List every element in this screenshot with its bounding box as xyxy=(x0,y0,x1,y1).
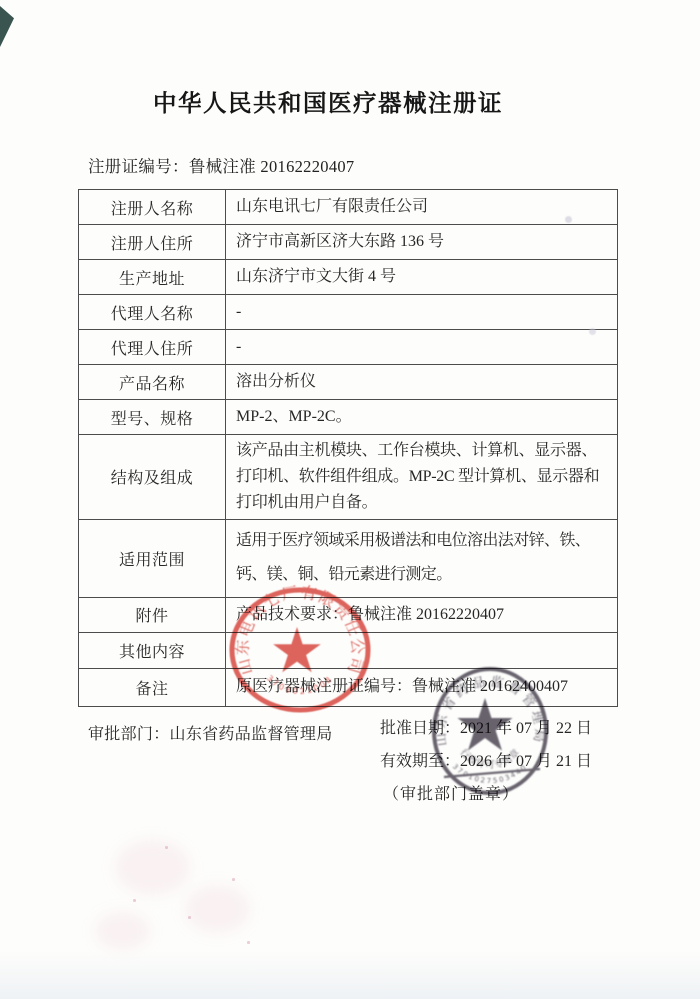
row-label: 附件 xyxy=(79,597,226,632)
row-label: 适用范围 xyxy=(79,519,226,597)
row-value: MP-2、MP-2C。 xyxy=(226,400,618,435)
row-label: 其他内容 xyxy=(79,632,226,668)
row-value: 溶出分析仪 xyxy=(226,365,618,400)
row-value: - xyxy=(226,330,618,365)
row-value: - xyxy=(226,295,618,330)
scan-corner-mark xyxy=(0,6,14,47)
ink-speck xyxy=(133,899,136,902)
certificate-page: 中华人民共和国医疗器械注册证 注册证编号：鲁械注准 20162220407 注册… xyxy=(0,0,700,999)
ink-smudge xyxy=(95,912,150,950)
ink-speck xyxy=(247,941,250,944)
table-row: 代理人名称 - xyxy=(79,295,618,330)
table-row: 型号、规格 MP-2、MP-2C。 xyxy=(79,400,618,435)
scan-dot xyxy=(565,216,572,223)
table-row: 产品名称 溶出分析仪 xyxy=(79,365,618,400)
row-label: 备注 xyxy=(79,668,226,706)
ink-speck xyxy=(232,878,235,881)
row-label: 注册人住所 xyxy=(79,225,226,260)
table-row: 结构及组成 该产品由主机模块、工作台模块、计算机、显示器、打印机、软件组件组成。… xyxy=(79,435,618,520)
ink-smudge xyxy=(185,885,250,933)
row-value: 山东济宁市文大街 4 号 xyxy=(226,260,618,295)
ink-smudge xyxy=(115,840,190,895)
approval-seal-inner-text: 行政许可专用章 xyxy=(458,746,523,771)
approval-seal-stamp: 山东省药品监督管理局 行政许可专用章 3701027503440 xyxy=(405,646,575,816)
row-value: 该产品由主机模块、工作台模块、计算机、显示器、打印机、软件组件组成。MP-2C … xyxy=(226,435,618,520)
scan-bottom-shading xyxy=(0,951,700,999)
table-row: 生产地址 山东济宁市文大街 4 号 xyxy=(79,260,618,295)
row-value: 济宁市高新区济大东路 136 号 xyxy=(226,225,618,260)
table-row: 代理人住所 - xyxy=(79,330,618,365)
certificate-title: 中华人民共和国医疗器械注册证 xyxy=(0,84,678,118)
row-label: 代理人住所 xyxy=(79,330,226,365)
row-label: 型号、规格 xyxy=(79,400,226,435)
row-label: 注册人名称 xyxy=(79,190,226,225)
row-value: 山东电讯七厂有限责任公司 xyxy=(226,190,618,225)
ink-speck xyxy=(188,916,191,919)
registration-number-value: 鲁械注准 20162220407 xyxy=(189,157,355,176)
registration-number-line: 注册证编号：鲁械注准 20162220407 xyxy=(88,153,355,177)
row-label: 生产地址 xyxy=(79,260,226,295)
company-seal-star-icon xyxy=(273,627,321,672)
company-seal-serial: 3708021008 xyxy=(265,674,335,697)
ink-speck xyxy=(165,846,168,849)
registration-number-label: 注册证编号： xyxy=(88,157,189,176)
approval-seal-star-icon xyxy=(457,698,512,751)
company-seal-stamp: 山东电讯七厂有限责任公司 3708021008 xyxy=(210,560,390,740)
scan-dot xyxy=(589,328,596,335)
row-label: 产品名称 xyxy=(79,365,226,400)
row-label: 代理人名称 xyxy=(79,295,226,330)
table-row: 注册人名称 山东电讯七厂有限责任公司 xyxy=(79,190,618,225)
approval-department-label: 审批部门： xyxy=(88,726,170,743)
company-seal-group: 山东电讯七厂有限责任公司 3708021008 xyxy=(232,583,368,710)
table-row: 注册人住所 济宁市高新区济大东路 136 号 xyxy=(79,225,618,260)
row-label: 结构及组成 xyxy=(79,435,226,520)
approval-seal-group: 山东省药品监督管理局 行政许可专用章 3701027503440 xyxy=(432,669,547,793)
